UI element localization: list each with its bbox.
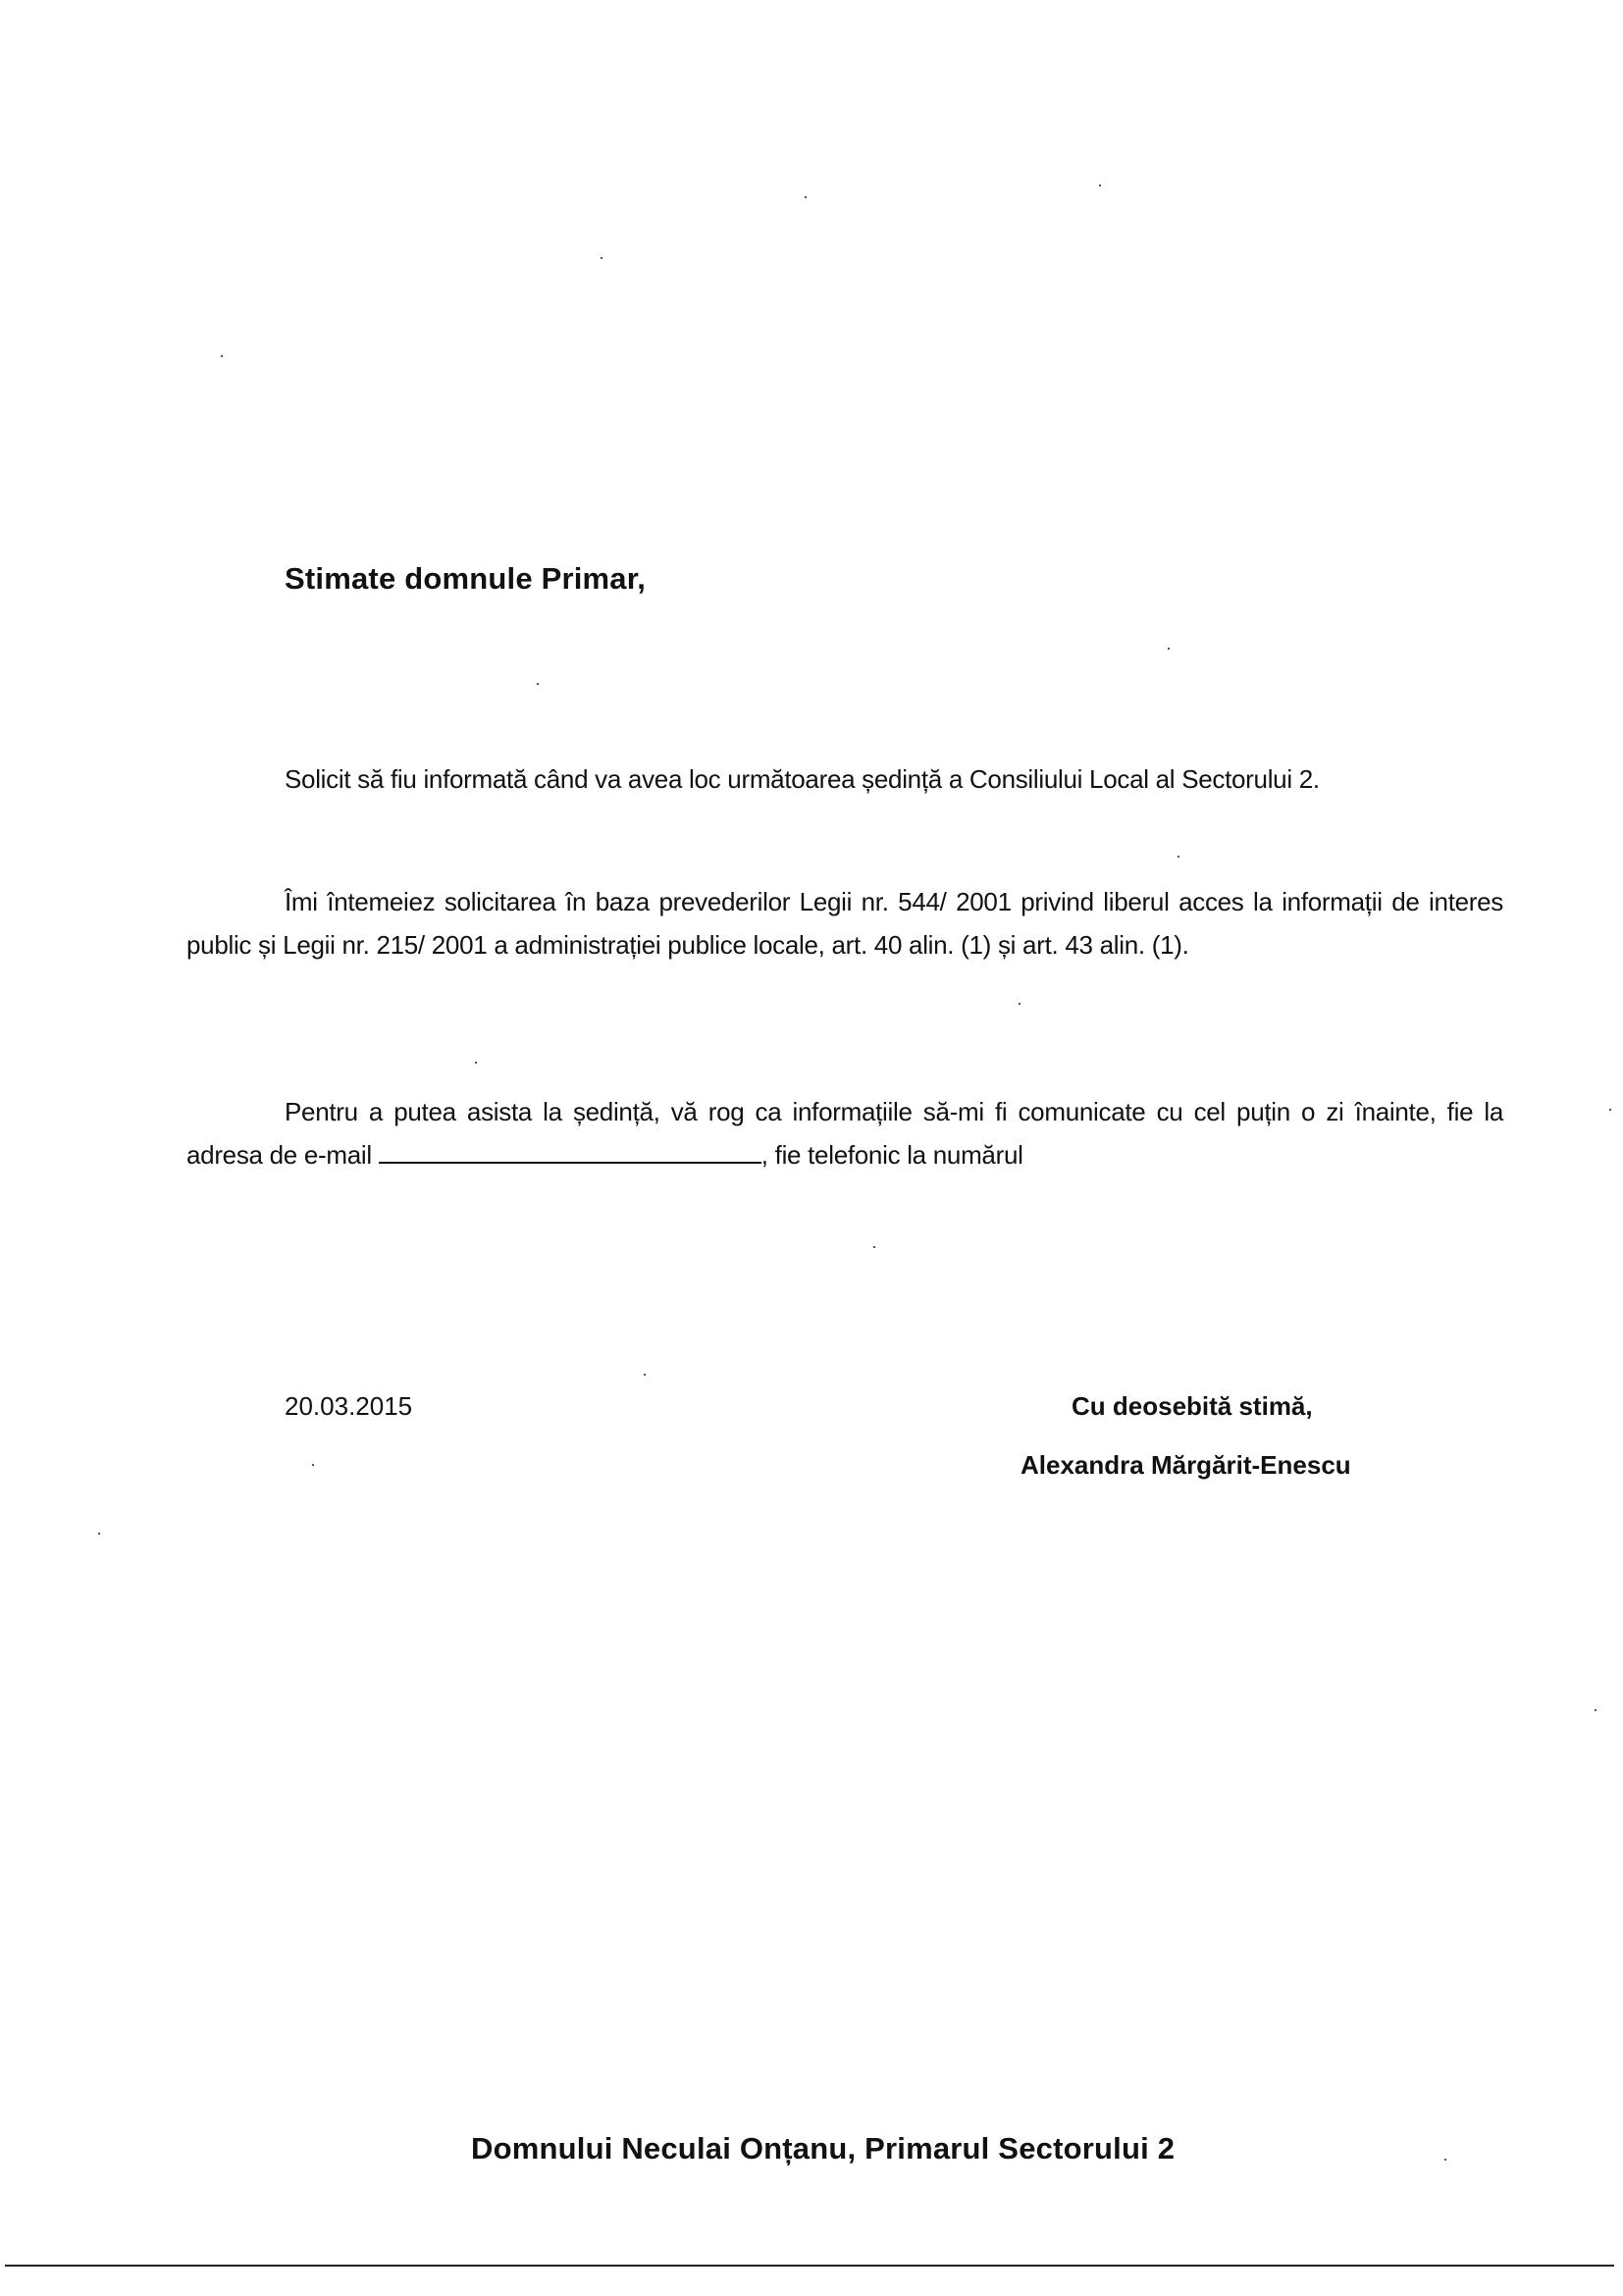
letter-date: 20.03.2015 (285, 1391, 412, 1422)
paragraph-contact-tail: , fie telefonic la numărul (761, 1140, 1023, 1170)
scan-speck (475, 1062, 477, 1064)
scan-speck (221, 355, 223, 357)
closing-line: Cu deosebită stimă, (1072, 1391, 1313, 1422)
scan-speck (1609, 1109, 1611, 1111)
scan-speck (601, 257, 602, 259)
addressee-line: Domnului Neculai Onțanu, Primarul Sector… (471, 2131, 1175, 2166)
paragraph-request: Solicit să fiu informată când va avea lo… (285, 757, 1511, 801)
email-blank-field (379, 1140, 761, 1164)
paragraph-contact: Pentru a putea asista la ședință, vă rog… (186, 1090, 1503, 1176)
scan-speck (312, 1464, 314, 1466)
scan-speck (873, 1246, 875, 1248)
scan-speck (1178, 856, 1179, 858)
bottom-rule-divider (5, 2265, 1614, 2267)
salutation: Stimate domnule Primar, (285, 561, 646, 597)
scan-speck (537, 683, 539, 685)
scan-speck (1444, 2159, 1446, 2161)
scan-speck (1019, 1003, 1021, 1005)
scan-speck (1168, 648, 1170, 650)
letter-page: Stimate domnule Primar, Solicit să fiu i… (0, 0, 1623, 2296)
paragraph-legal-basis-text: Îmi întemeiez solicitarea în baza preved… (186, 887, 1503, 960)
signer-name: Alexandra Mărgărit-Enescu (1021, 1450, 1351, 1481)
scan-speck (98, 1533, 100, 1535)
paragraph-legal-basis: Îmi întemeiez solicitarea în baza preved… (186, 880, 1503, 966)
scan-speck (805, 196, 807, 198)
scan-speck (1595, 1709, 1597, 1711)
scan-speck (644, 1374, 646, 1376)
scan-speck (1099, 184, 1101, 186)
